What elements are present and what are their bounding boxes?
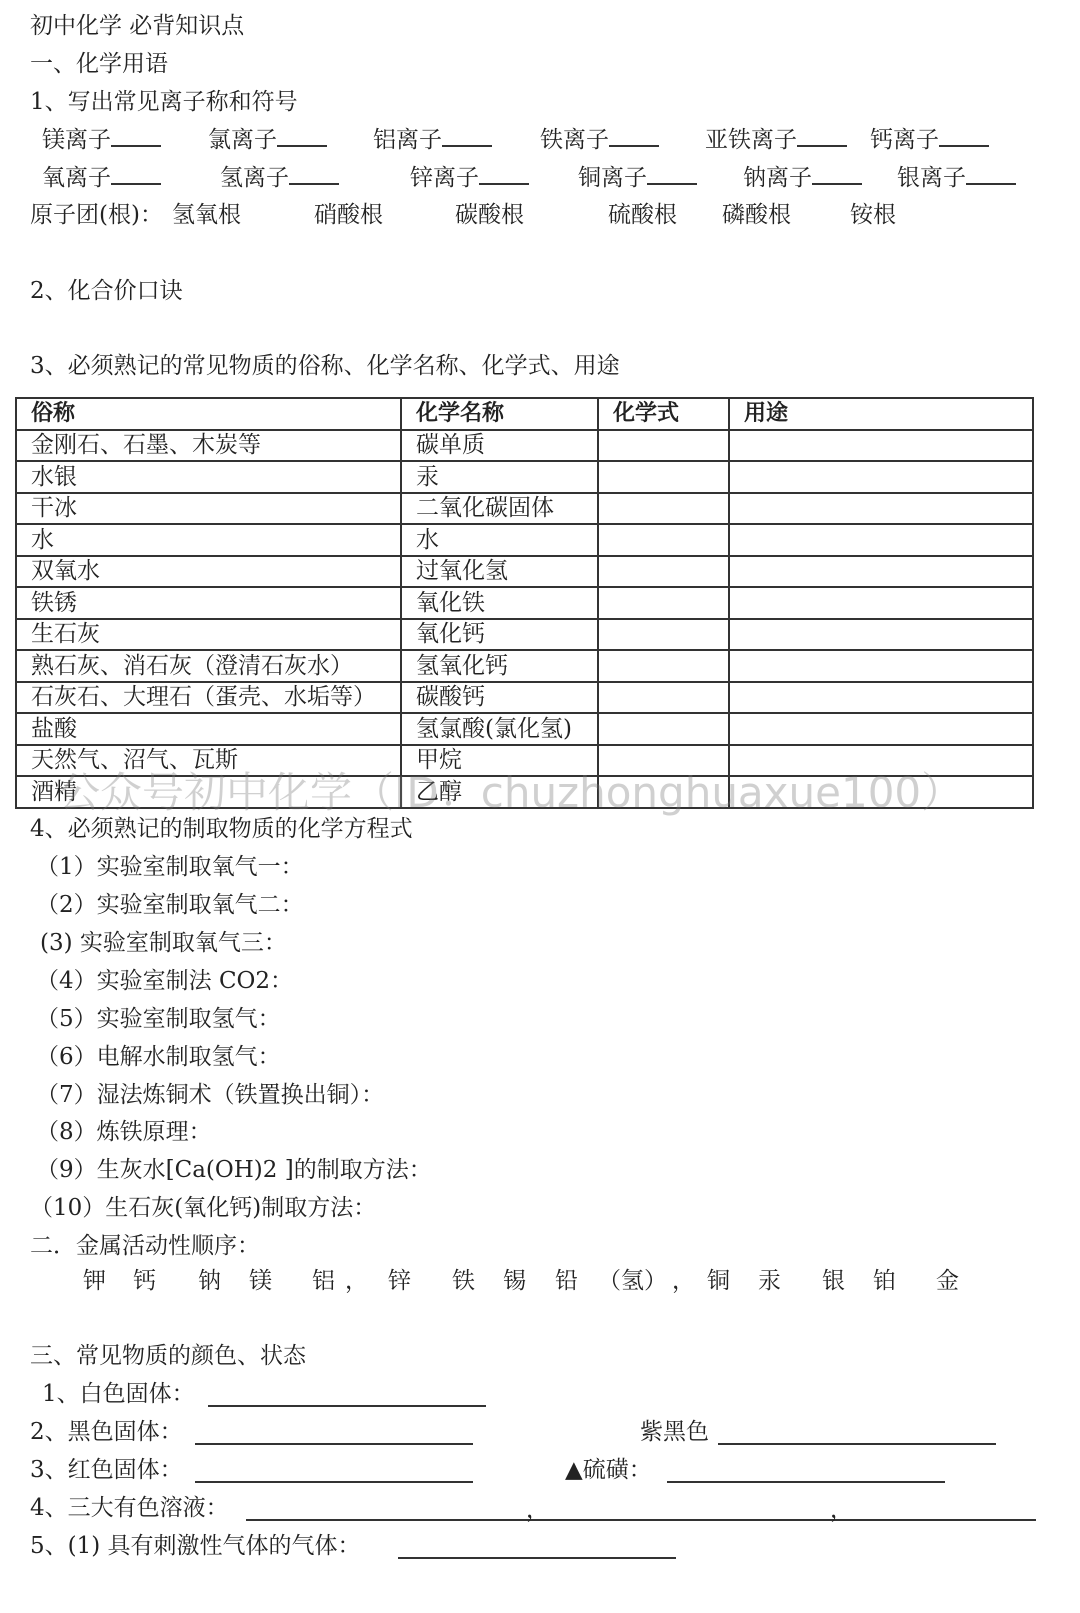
cell-formula[interactable] — [598, 461, 729, 493]
cell-chemical-name: 氢氯酸(氯化氢) — [401, 713, 598, 745]
table-row: 金刚石、石墨、木炭等碳单质 — [16, 430, 1033, 462]
cell-chemical-name: 氢氧化钙 — [401, 650, 598, 682]
metal: 铝 — [312, 1265, 335, 1297]
cell-common-name: 石灰石、大理石（蛋壳、水垢等） — [16, 682, 401, 714]
colored-solutions-label: 4、三大有色溶液： — [30, 1492, 229, 1524]
cell-usage[interactable] — [729, 713, 1033, 745]
cell-formula[interactable] — [598, 650, 729, 682]
ion-item: 钙离子 — [870, 123, 989, 156]
cell-common-name: 干冰 — [16, 493, 401, 525]
cell-chemical-name: 汞 — [401, 461, 598, 493]
equations-subtitle: 4、必须熟记的制取物质的化学方程式 — [30, 813, 413, 845]
metal-activity-series: 钾 钙 钠 镁 铝 ， 锌 铁 锡 铅 （氢） ， 铜 汞 银 铂 金 — [0, 1265, 1080, 1297]
answer-blank[interactable] — [609, 123, 659, 147]
equation-item: （7）湿法炼铜术（铁置换出铜）： — [36, 1079, 384, 1111]
section3-title: 三、常见物质的颜色、状态 — [30, 1340, 306, 1372]
answer-blank[interactable] — [966, 161, 1016, 185]
header-chemical-name: 化学名称 — [401, 398, 598, 430]
cell-chemical-name: 甲烷 — [401, 745, 598, 777]
pungent-gas-label: 5、(1) 具有刺激性气体的气体： — [30, 1530, 361, 1562]
cell-usage[interactable] — [729, 524, 1033, 556]
separator: ， — [672, 1265, 695, 1297]
cell-usage[interactable] — [729, 493, 1033, 525]
cell-common-name: 天然气、沼气、瓦斯 — [16, 745, 401, 777]
equation-item: (3) 实验室制取氧气三： — [40, 927, 287, 959]
comma: ， — [830, 1494, 853, 1526]
ion-item: 锌离子 — [410, 161, 529, 194]
cell-common-name: 铁锈 — [16, 587, 401, 619]
cell-chemical-name: 氧化钙 — [401, 619, 598, 651]
equation-item: （4）实验室制法 CO2： — [36, 965, 293, 997]
cell-common-name: 盐酸 — [16, 713, 401, 745]
cell-formula[interactable] — [598, 493, 729, 525]
cell-common-name: 水 — [16, 524, 401, 556]
cell-usage[interactable] — [729, 587, 1033, 619]
answer-blank[interactable] — [812, 161, 862, 185]
atomic-group: 氢氧根 — [172, 199, 241, 231]
answer-blank[interactable] — [277, 123, 327, 147]
black-solid-label: 2、黑色固体： — [30, 1416, 183, 1448]
table-row: 熟石灰、消石灰（澄清石灰水）氢氧化钙 — [16, 650, 1033, 682]
cell-common-name: 金刚石、石墨、木炭等 — [16, 430, 401, 462]
header-common-name: 俗称 — [16, 398, 401, 430]
metal: 汞 — [758, 1265, 781, 1297]
cell-chemical-name: 碳单质 — [401, 430, 598, 462]
substances-table: 俗称 化学名称 化学式 用途 金刚石、石墨、木炭等碳单质 水银汞 干冰二氧化碳固… — [15, 397, 1034, 809]
metal: 金 — [936, 1265, 959, 1297]
equation-item: （8）炼铁原理： — [36, 1116, 212, 1148]
table-row: 生石灰氧化钙 — [16, 619, 1033, 651]
equation-item: （2）实验室制取氧气二： — [36, 889, 304, 921]
metal: 钠 — [198, 1265, 221, 1297]
answer-blank[interactable] — [647, 161, 697, 185]
cell-formula[interactable] — [598, 619, 729, 651]
answer-blank[interactable] — [111, 123, 161, 147]
atomic-group: 硫酸根 — [608, 199, 677, 231]
table-row: 酒精乙醇 — [16, 776, 1033, 808]
atomic-group: 硝酸根 — [314, 199, 383, 231]
separator: ， — [345, 1265, 368, 1297]
metal: 锌 — [388, 1265, 411, 1297]
metal: 钾 — [83, 1265, 106, 1297]
cell-usage[interactable] — [729, 461, 1033, 493]
table-row: 水银汞 — [16, 461, 1033, 493]
metal: 镁 — [249, 1265, 272, 1297]
cell-common-name: 酒精 — [16, 776, 401, 808]
cell-chemical-name: 过氧化氢 — [401, 556, 598, 588]
ions-subtitle: 1、写出常见离子称和符号 — [30, 86, 298, 118]
table-row: 水水 — [16, 524, 1033, 556]
purple-black-blank[interactable] — [718, 1421, 996, 1445]
cell-chemical-name: 碳酸钙 — [401, 682, 598, 714]
purple-black-label: 紫黑色 — [640, 1416, 709, 1448]
red-solid-label: 3、红色固体： — [30, 1454, 183, 1486]
equation-item: （5）实验室制取氢气： — [36, 1003, 281, 1035]
atomic-group: 磷酸根 — [722, 199, 791, 231]
ion-item: 钠离子 — [743, 161, 862, 194]
section1-title: 一、化学用语 — [30, 48, 168, 80]
cell-chemical-name: 乙醇 — [401, 776, 598, 808]
ion-item: 银离子 — [897, 161, 1016, 194]
metal: 银 — [822, 1265, 845, 1297]
metal: 铁 — [452, 1265, 475, 1297]
cell-usage[interactable] — [729, 619, 1033, 651]
white-solid-blank[interactable] — [208, 1383, 486, 1407]
cell-formula[interactable] — [598, 682, 729, 714]
cell-formula[interactable] — [598, 524, 729, 556]
cell-formula[interactable] — [598, 587, 729, 619]
ion-item: 铜离子 — [578, 161, 697, 194]
atomic-groups-label: 原子团(根)： — [30, 199, 163, 231]
cell-usage[interactable] — [729, 745, 1033, 777]
equation-item: （1）实验室制取氧气一： — [36, 851, 304, 883]
answer-blank[interactable] — [939, 123, 989, 147]
cell-usage[interactable] — [729, 556, 1033, 588]
cell-formula[interactable] — [598, 430, 729, 462]
table-header-row: 俗称 化学名称 化学式 用途 — [16, 398, 1033, 430]
cell-common-name: 熟石灰、消石灰（澄清石灰水） — [16, 650, 401, 682]
black-solid-blank[interactable] — [195, 1421, 473, 1445]
ion-item: 铁离子 — [540, 123, 659, 156]
cell-usage[interactable] — [729, 776, 1033, 808]
colored-solutions-blank[interactable] — [246, 1497, 1036, 1521]
atomic-group: 碳酸根 — [455, 199, 524, 231]
white-solid-label: 1、白色固体： — [42, 1378, 195, 1410]
answer-blank[interactable] — [797, 123, 847, 147]
equation-item: （10）生石灰(氧化钙)制取方法： — [30, 1192, 376, 1224]
atomic-group: 铵根 — [850, 199, 896, 231]
sulfur-label: ▲硫磺： — [565, 1454, 652, 1486]
answer-blank[interactable] — [111, 161, 161, 185]
sulfur-blank[interactable] — [667, 1459, 945, 1483]
answer-blank[interactable] — [289, 161, 339, 185]
answer-blank[interactable] — [479, 161, 529, 185]
equation-item: （9）生灰水[Ca(OH)2 ]的制取方法： — [36, 1154, 432, 1186]
ion-item: 铝离子 — [373, 123, 492, 156]
metal: 铂 — [873, 1265, 896, 1297]
metal: 锡 — [503, 1265, 526, 1297]
document-title: 初中化学 必背知识点 — [30, 10, 244, 42]
cell-formula[interactable] — [598, 776, 729, 808]
ion-item: 亚铁离子 — [705, 123, 847, 156]
metal: 铅 — [555, 1265, 578, 1297]
ion-item: 氯离子 — [208, 123, 327, 156]
table-row: 石灰石、大理石（蛋壳、水垢等）碳酸钙 — [16, 682, 1033, 714]
cell-formula[interactable] — [598, 713, 729, 745]
cell-common-name: 生石灰 — [16, 619, 401, 651]
metal: 钙 — [133, 1265, 156, 1297]
cell-common-name: 水银 — [16, 461, 401, 493]
table-row: 盐酸氢氯酸(氯化氢) — [16, 713, 1033, 745]
comma: ， — [526, 1494, 549, 1526]
cell-common-name: 双氧水 — [16, 556, 401, 588]
answer-blank[interactable] — [442, 123, 492, 147]
table-row: 双氧水过氧化氢 — [16, 556, 1033, 588]
cell-formula[interactable] — [598, 745, 729, 777]
valence-subtitle: 2、化合价口诀 — [30, 275, 183, 307]
cell-chemical-name: 二氧化碳固体 — [401, 493, 598, 525]
cell-chemical-name: 水 — [401, 524, 598, 556]
equation-item: （6）电解水制取氢气： — [36, 1041, 281, 1073]
pungent-gas-blank[interactable] — [398, 1535, 676, 1559]
red-solid-blank[interactable] — [195, 1459, 473, 1483]
table-row: 铁锈氧化铁 — [16, 587, 1033, 619]
ion-item: 镁离子 — [42, 123, 161, 156]
cell-usage[interactable] — [729, 650, 1033, 682]
cell-formula[interactable] — [598, 556, 729, 588]
metal: 铜 — [707, 1265, 730, 1297]
table-row: 干冰二氧化碳固体 — [16, 493, 1033, 525]
header-usage: 用途 — [729, 398, 1033, 430]
table-row: 天然气、沼气、瓦斯甲烷 — [16, 745, 1033, 777]
cell-usage[interactable] — [729, 682, 1033, 714]
metal: （氢） — [598, 1265, 667, 1297]
header-formula: 化学式 — [598, 398, 729, 430]
ion-item: 氧离子 — [42, 161, 161, 194]
cell-usage[interactable] — [729, 430, 1033, 462]
ion-item: 氢离子 — [220, 161, 339, 194]
section2-title: 二．金属活动性顺序： — [30, 1230, 260, 1262]
cell-chemical-name: 氧化铁 — [401, 587, 598, 619]
substances-subtitle: 3、必须熟记的常见物质的俗称、化学名称、化学式、用途 — [30, 350, 620, 382]
